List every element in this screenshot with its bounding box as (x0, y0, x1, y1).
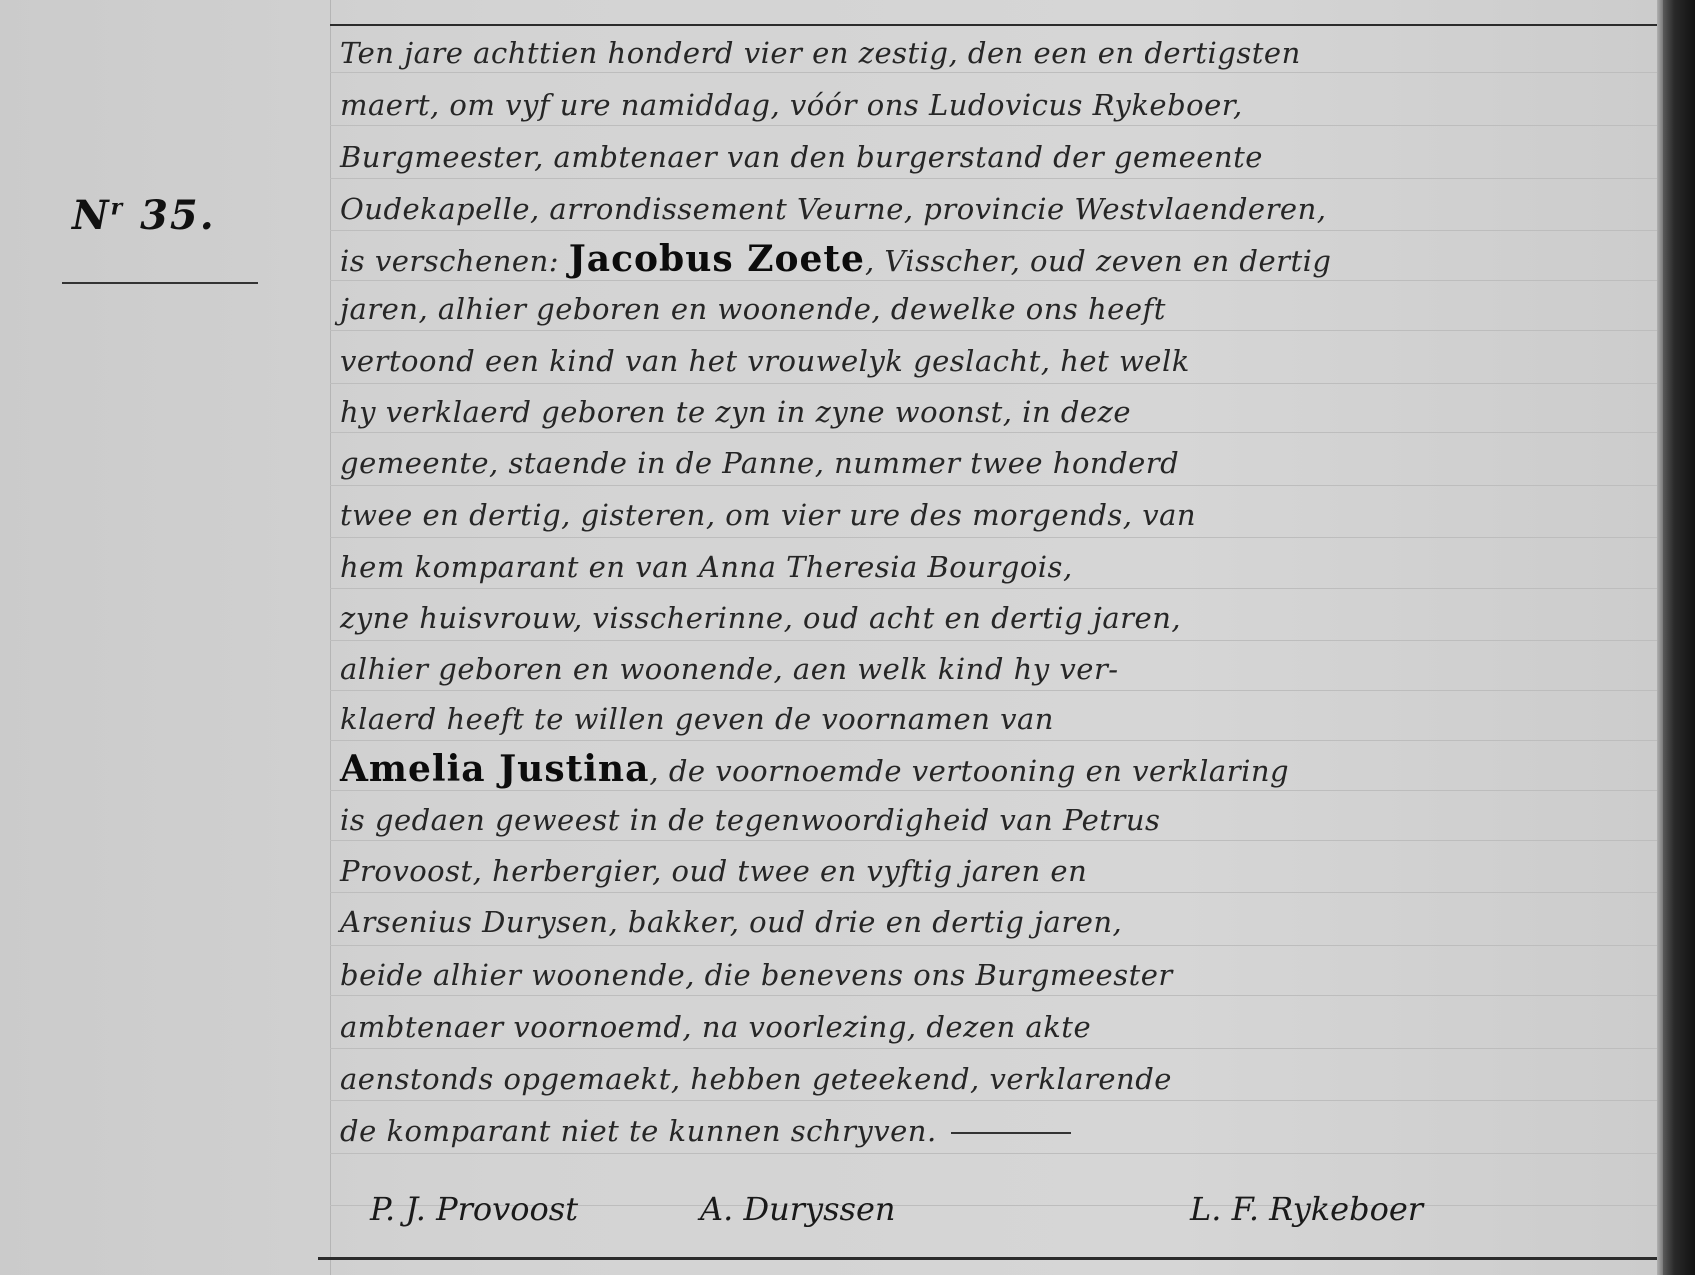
entry-number-prefix: N (72, 192, 111, 239)
text-line-2: maert, om vyf ure namiddag, vóór ons Lud… (340, 80, 1660, 130)
text-line-11: hem komparant en van Anna Theresia Bourg… (340, 542, 1660, 592)
text-line-12: zyne huisvrouw, visscherinne, oud acht e… (340, 593, 1660, 643)
signature-burgomaster: L. F. Rykeboer (1190, 1190, 1423, 1228)
bottom-rule (318, 1257, 1660, 1260)
father-name: Jacobus Zoete (569, 238, 865, 280)
text-line-1: Ten jare achttien honderd vier en zestig… (340, 28, 1660, 78)
text-line-17: Provoost, herbergier, oud twee en vyftig… (340, 846, 1660, 896)
entry-number-value: 35. (140, 192, 216, 239)
text-line-6: jaren, alhier geboren en woonende, dewel… (340, 284, 1660, 334)
signature-row: P. J. Provoost A. Duryssen L. F. Rykeboe… (370, 1190, 1650, 1250)
text-line-19: beide alhier woonende, die benevens ons … (340, 950, 1660, 1000)
text-line-7: vertoond een kind van het vrouwelyk gesl… (340, 336, 1660, 386)
father-details: , Visscher, oud zeven en dertig (865, 244, 1332, 278)
child-details: , de voornoemde vertooning en verklaring (649, 754, 1289, 788)
text-line-14: klaerd heeft te willen geven de voorname… (340, 694, 1660, 744)
text-line-15: Amelia Justina, de voornoemde vertooning… (340, 744, 1660, 794)
text-line-4: Oudekapelle, arrondissement Veurne, prov… (340, 184, 1660, 234)
text-line-22: de komparant niet te kunnen schryven. (340, 1106, 1660, 1156)
child-name: Amelia Justina (340, 748, 649, 790)
closing-text: de komparant niet te kunnen schryven. (340, 1114, 937, 1148)
text-line-18: Arsenius Durysen, bakker, oud drie en de… (340, 897, 1660, 947)
top-rule (330, 24, 1660, 26)
signature-witness-2: A. Duryssen (700, 1190, 895, 1228)
text-line-9: gemeente, staende in de Panne, nummer tw… (340, 438, 1660, 488)
text-line-20: ambtenaer voornoemd, na voorlezing, deze… (340, 1002, 1660, 1052)
entry-number-suffix: r (111, 195, 125, 221)
register-page: Nr 35. Ten jare achttien honderd vier en… (0, 0, 1665, 1275)
signature-witness-1: P. J. Provoost (370, 1190, 578, 1228)
text-line-21: aenstonds opgemaekt, hebben geteekend, v… (340, 1054, 1660, 1104)
line-filler-dash (951, 1132, 1071, 1134)
entry-number-underline (62, 282, 258, 284)
text-line-10: twee en dertig, gisteren, om vier ure de… (340, 490, 1660, 540)
book-binding (1663, 0, 1695, 1275)
text-line-16: is gedaen geweest in de tegenwoordigheid… (340, 795, 1660, 845)
is-verschenen-text: is verschenen: (340, 244, 569, 278)
text-line-5: is verschenen: Jacobus Zoete, Visscher, … (340, 234, 1660, 284)
margin-line (330, 0, 331, 1275)
text-line-3: Burgmeester, ambtenaer van den burgersta… (340, 132, 1660, 182)
text-line-13: alhier geboren en woonende, aen welk kin… (340, 644, 1660, 694)
text-line-8: hy verklaerd geboren te zyn in zyne woon… (340, 387, 1660, 437)
entry-number: Nr 35. (72, 192, 216, 239)
